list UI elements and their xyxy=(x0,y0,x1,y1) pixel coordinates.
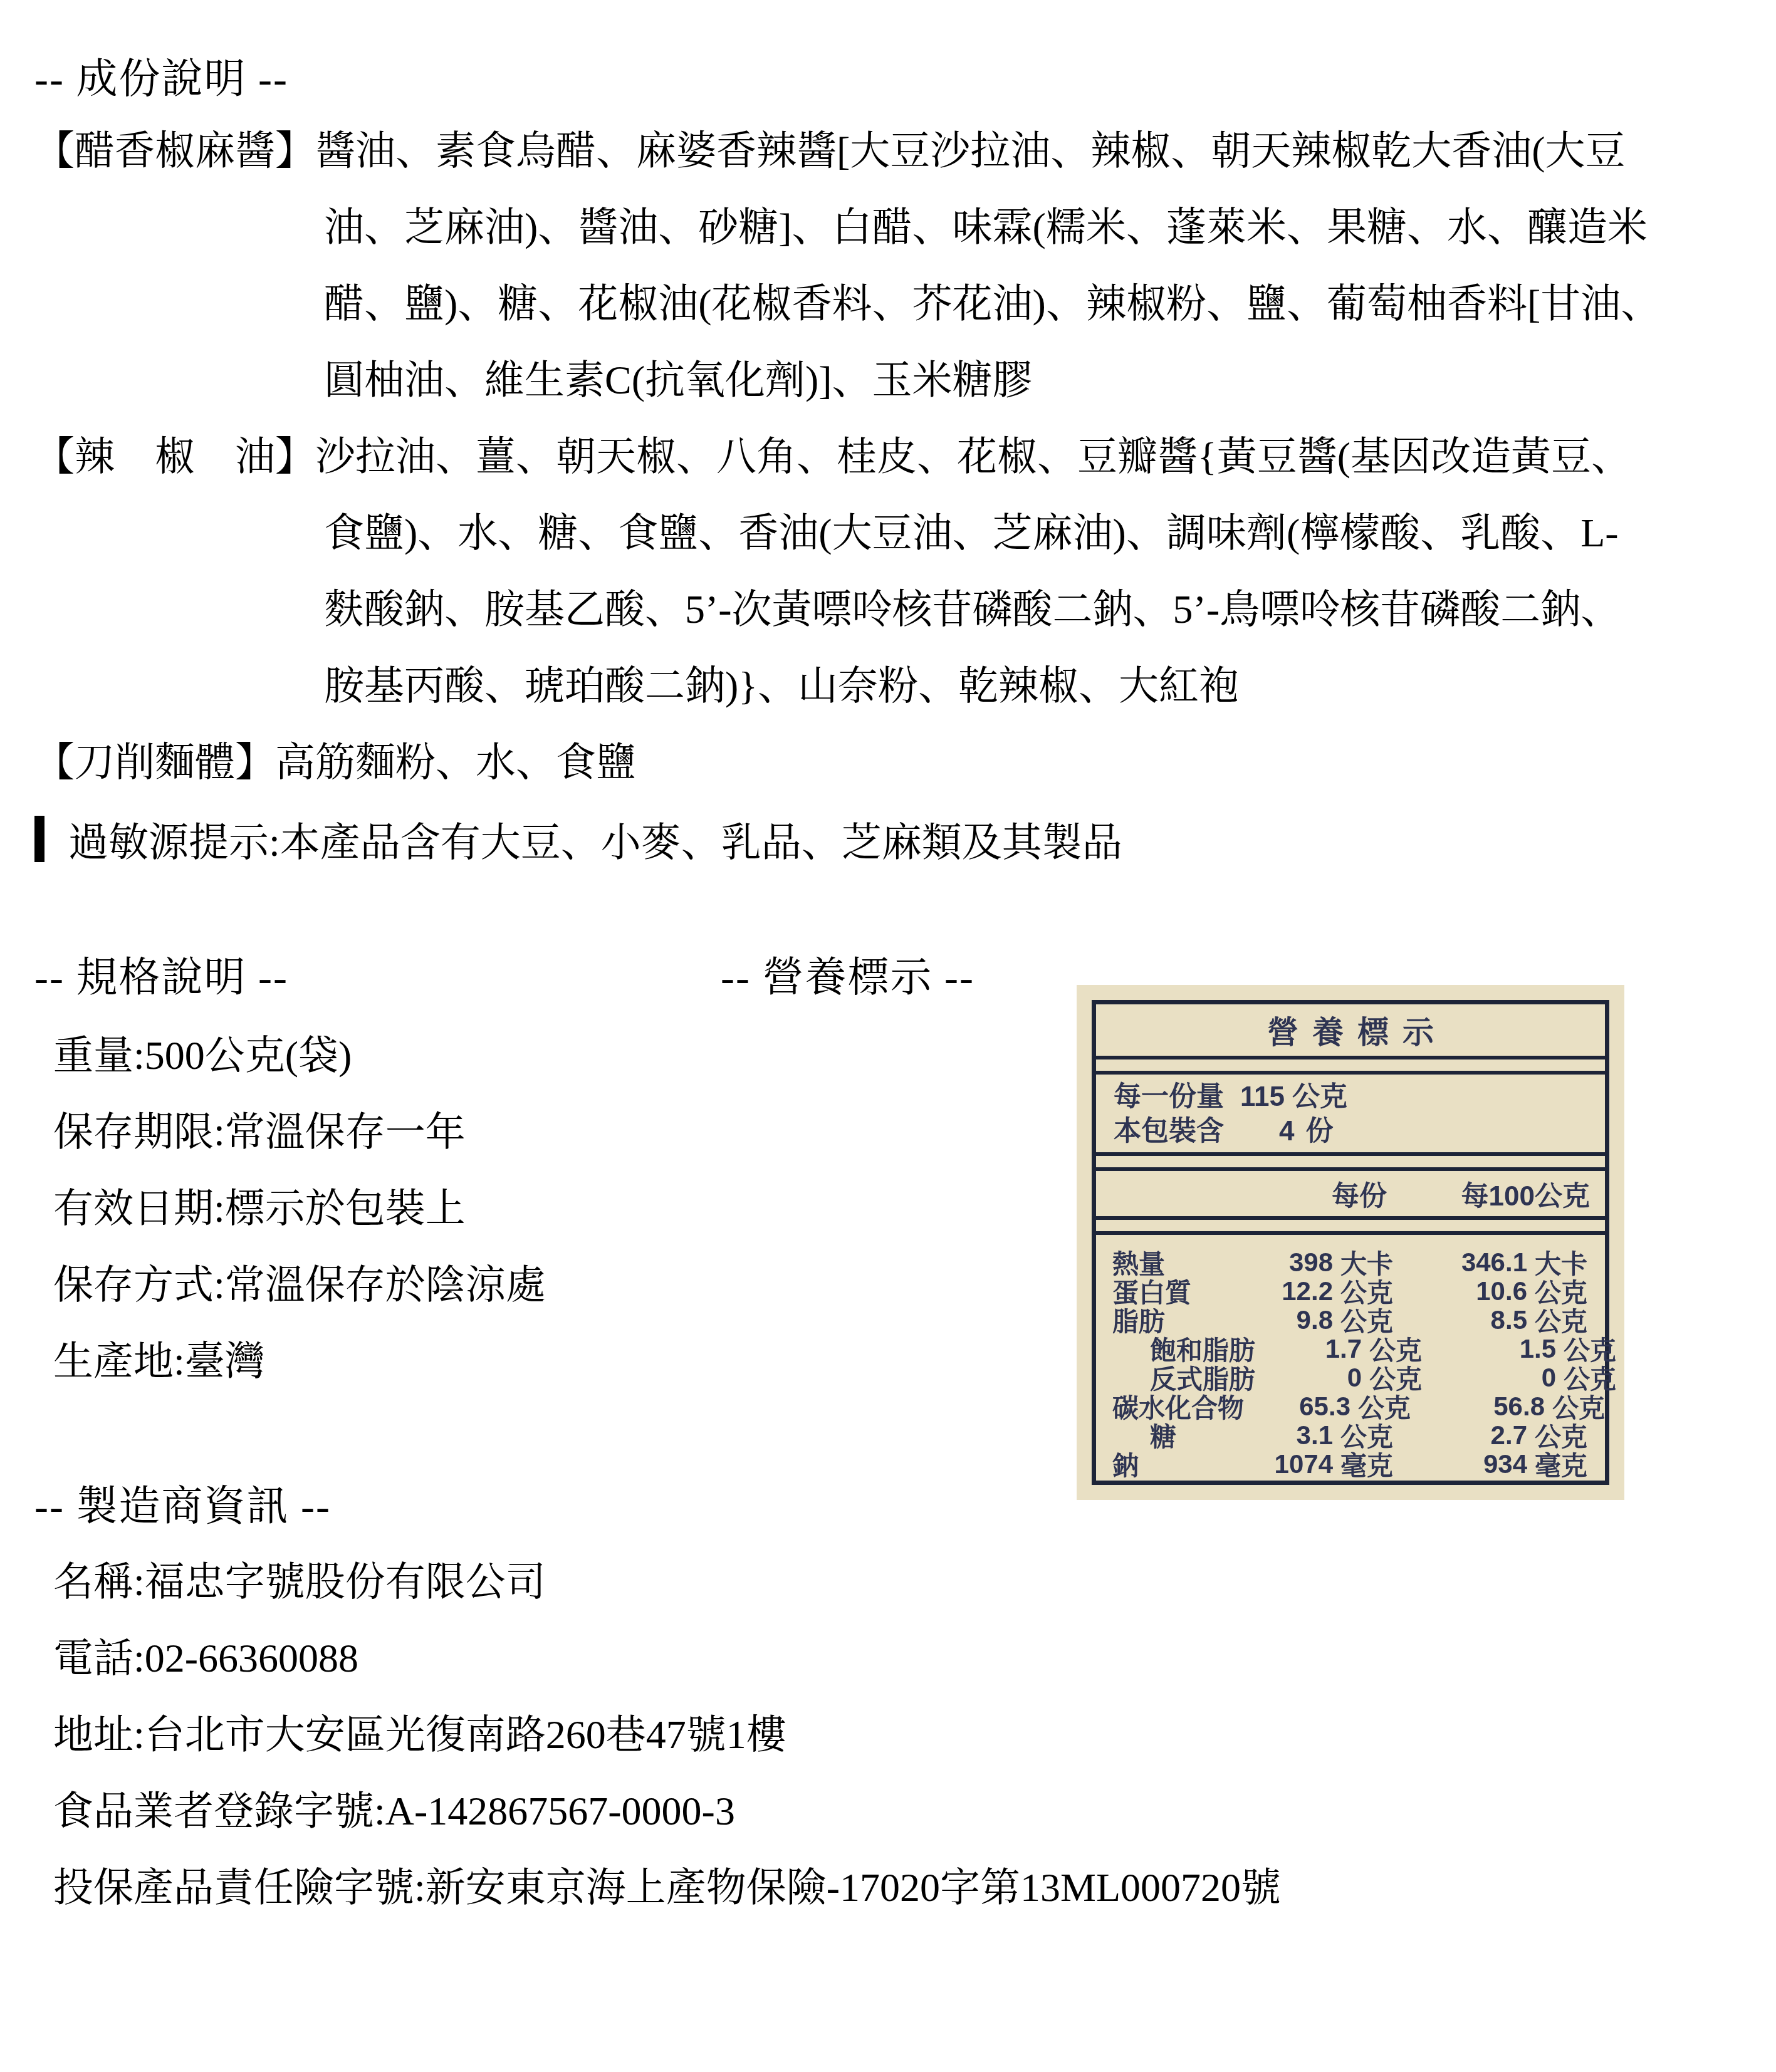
nutrient-per-100g-value: 1.5 xyxy=(1424,1334,1556,1364)
nutrient-name: 鈉 xyxy=(1096,1445,1226,1483)
ingredient-entry: 【辣 椒 油】 沙拉油、薑、朝天椒、八角、桂皮、花椒、豆瓣醬{黃豆醬(基因改造黃… xyxy=(34,419,1661,495)
nutrient-per-100g-value: 2.7 xyxy=(1396,1420,1527,1450)
serving-size-line: 每一份量115公克 xyxy=(1114,1080,1605,1114)
nutrition-row: 反式脂肪0公克0公克 xyxy=(1096,1359,1605,1388)
manufacturer-item: 地址:台北市大安區光復南路260巷47號1樓 xyxy=(53,1697,1281,1773)
per-100g-header: 每100公克 xyxy=(1396,1174,1605,1214)
ingredient-text: 沙拉油、薑、朝天椒、八角、桂皮、花椒、豆瓣醬{黃豆醬(基因改造黃豆、 xyxy=(315,419,1631,495)
nutrition-row: 蛋白質12.2公克10.6公克 xyxy=(1096,1273,1605,1301)
nutrient-per-serving-value: 1074 xyxy=(1226,1449,1333,1479)
nutrition-label-title: 營養標示 xyxy=(1096,1004,1605,1056)
nutrient-per-serving-value: 398 xyxy=(1226,1247,1333,1278)
serving-size-label: 每一份量 xyxy=(1114,1081,1224,1112)
manufacturer-item: 電話:02-66360088 xyxy=(53,1620,1281,1697)
nutrition-divider xyxy=(1096,1056,1605,1075)
ingredient-text: 圓柚油、維生素C(抗氧化劑)]、玉米糖膠 xyxy=(324,342,1661,419)
nutrient-per-100g-value: 934 xyxy=(1396,1449,1527,1479)
manufacturer-list: 名稱:福忠字號股份有限公司 電話:02-66360088 地址:台北市大安區光復… xyxy=(53,1544,1281,1926)
spec-item: 保存期限:常溫保存一年 xyxy=(53,1094,546,1170)
ingredient-label: 【刀削麵體】 xyxy=(34,724,275,801)
nutrition-row: 脂肪9.8公克8.5公克 xyxy=(1096,1301,1605,1330)
nutrient-per-serving-value: 12.2 xyxy=(1226,1276,1333,1306)
nutrient-per-100g-value: 10.6 xyxy=(1396,1276,1527,1306)
nutrition-row: 飽和脂肪1.7公克1.5公克 xyxy=(1096,1330,1605,1359)
servings-value: 4 xyxy=(1279,1116,1294,1147)
nutrition-row: 熱量398大卡346.1大卡 xyxy=(1096,1244,1605,1273)
nutrition-column-headers: 每份 每100公克 xyxy=(1096,1171,1605,1216)
serving-size-value: 115 xyxy=(1240,1081,1285,1112)
nutrition-divider xyxy=(1096,1216,1605,1235)
spec-list: 重量:500公克(袋) 保存期限:常溫保存一年 有效日期:標示於包裝上 保存方式… xyxy=(53,1018,546,1400)
ingredient-text: 胺基丙酸、琥珀酸二鈉)}、山奈粉、乾辣椒、大紅袍 xyxy=(324,648,1661,724)
ingredient-text: 麩酸鈉、胺基乙酸、5’-次黃嘌呤核苷磷酸二鈉、5’-鳥嘌呤核苷磷酸二鈉、 xyxy=(324,571,1661,648)
nutrient-per-serving-value: 1.7 xyxy=(1255,1334,1362,1364)
manufacturer-item: 投保產品責任險字號:新安東京海上產物保險-17020字第13ML000720號 xyxy=(53,1850,1281,1926)
ingredient-entry: 【刀削麵體】 高筋麵粉、水、食鹽 xyxy=(34,724,1661,801)
nutrient-per-100g-value: 346.1 xyxy=(1396,1247,1527,1278)
nutrition-row: 糖3.1公克2.7公克 xyxy=(1096,1417,1605,1445)
ingredient-label: 【醋香椒麻醬】 xyxy=(34,113,315,189)
manufacturer-item: 名稱:福忠字號股份有限公司 xyxy=(53,1544,1281,1620)
spec-item: 生產地:臺灣 xyxy=(53,1323,546,1400)
nutrition-facts-box: 營養標示 每一份量115公克 本包裝含4份 每份 每100公克 熱量398大卡3… xyxy=(1092,1000,1609,1485)
ingredient-text: 醋、鹽)、糖、花椒油(花椒香料、芥花油)、辣椒粉、鹽、葡萄柚香料[甘油、 xyxy=(324,266,1661,342)
per-serving-header: 每份 xyxy=(1226,1174,1396,1214)
spec-section-title: -- 規格說明 -- xyxy=(34,944,288,1003)
nutrition-section-title: -- 營養標示 -- xyxy=(721,944,974,1003)
ingredients-section-title: -- 成份說明 -- xyxy=(34,45,288,105)
nutrient-per-100g-unit: 毫克 xyxy=(1527,1445,1605,1483)
ingredient-text: 醬油、素食烏醋、麻婆香辣醬[大豆沙拉油、辣椒、朝天辣椒乾大香油(大豆 xyxy=(315,113,1626,189)
ingredient-text: 高筋麵粉、水、食鹽 xyxy=(275,724,636,801)
servings-unit: 份 xyxy=(1305,1116,1333,1147)
servings-per-pack-line: 本包裝含4份 xyxy=(1114,1114,1605,1148)
nutrient-per-100g-value: 56.8 xyxy=(1413,1392,1545,1422)
nutrition-row: 碳水化合物65.3公克56.8公克 xyxy=(1096,1388,1605,1417)
nutrition-row: 鈉1074毫克934毫克 xyxy=(1096,1445,1605,1474)
allergen-note: 過敏源提示:本產品含有大豆、小麥、乳品、芝麻類及其製品 xyxy=(68,810,1122,868)
ingredient-label: 【辣 椒 油】 xyxy=(34,419,315,495)
nutrient-per-100g-value: 0 xyxy=(1424,1363,1556,1393)
nutrition-serving-info: 每一份量115公克 本包裝含4份 xyxy=(1096,1075,1605,1152)
nutrient-per-serving-value: 3.1 xyxy=(1226,1420,1333,1450)
manufacturer-item: 食品業者登錄字號:A-142867567-0000-3 xyxy=(53,1773,1281,1850)
ingredients-list: 【醋香椒麻醬】 醬油、素食烏醋、麻婆香辣醬[大豆沙拉油、辣椒、朝天辣椒乾大香油(… xyxy=(34,113,1661,877)
spec-item: 保存方式:常溫保存於陰涼處 xyxy=(53,1247,546,1323)
nutrient-per-serving-unit: 毫克 xyxy=(1333,1445,1396,1483)
spec-item: 重量:500公克(袋) xyxy=(53,1018,546,1094)
servings-label: 本包裝含 xyxy=(1114,1116,1224,1147)
spec-item: 有效日期:標示於包裝上 xyxy=(53,1170,546,1247)
ingredient-text: 油、芝麻油)、醬油、砂糖]、白醋、味霖(糯米、蓬萊米、果糖、水、釀造米 xyxy=(324,189,1661,266)
ingredient-text: 食鹽)、水、糖、食鹽、香油(大豆油、芝麻油)、調味劑(檸檬酸、乳酸、L- xyxy=(324,495,1661,571)
serving-size-unit: 公克 xyxy=(1292,1081,1347,1112)
nutrition-divider xyxy=(1096,1152,1605,1171)
nutrient-per-serving-value: 0 xyxy=(1255,1363,1362,1393)
allergen-note-row: 過敏源提示:本產品含有大豆、小麥、乳品、芝麻類及其製品 xyxy=(34,801,1661,877)
manufacturer-section-title: -- 製造商資訊 -- xyxy=(34,1472,331,1532)
ingredient-entry: 【醋香椒麻醬】 醬油、素食烏醋、麻婆香辣醬[大豆沙拉油、辣椒、朝天辣椒乾大香油(… xyxy=(34,113,1661,189)
nutrition-rows: 熱量398大卡346.1大卡蛋白質12.2公克10.6公克脂肪9.8公克8.5公… xyxy=(1096,1235,1605,1481)
nutrition-facts-panel: 營養標示 每一份量115公克 本包裝含4份 每份 每100公克 熱量398大卡3… xyxy=(1077,985,1624,1500)
allergen-marker-bar xyxy=(34,816,44,862)
